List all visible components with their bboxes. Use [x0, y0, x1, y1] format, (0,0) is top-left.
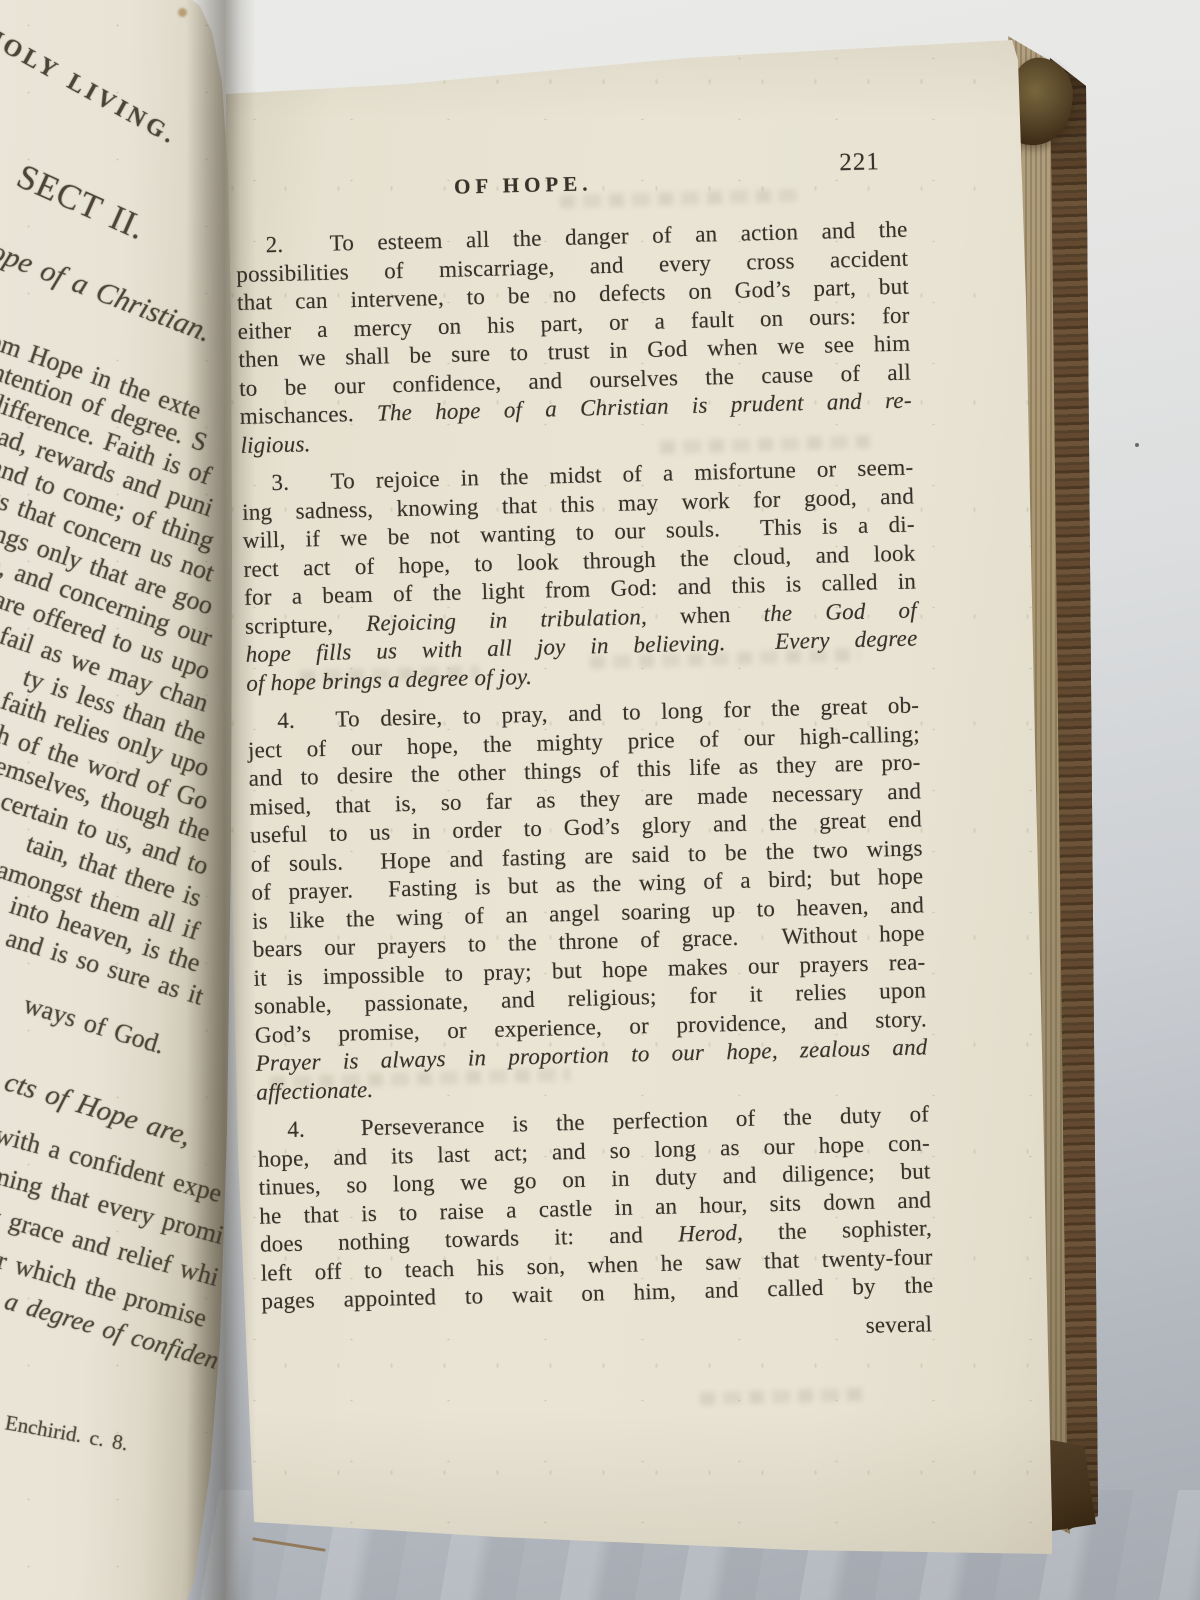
book-photo: { "left_page": { "fragments": [ {"text":…: [0, 0, 1200, 1600]
paper-stain: [178, 8, 187, 17]
page-number: 221: [839, 148, 880, 177]
paragraph: 3. To rejoice in the midst of a misfortu…: [241, 453, 918, 697]
paragraph: 4. To desire, to pray, and to long for t…: [247, 691, 929, 1106]
right-page-paragraphs: 2. To esteem all the danger of an action…: [235, 216, 934, 1355]
dust-speck: [1135, 443, 1139, 447]
right-page-text: OF HOPE. 221 2. To esteem all the danger…: [234, 162, 935, 1355]
paragraph: 4. Perseverance is the perfection of the…: [257, 1100, 934, 1316]
paragraph: 2. To esteem all the danger of an action…: [235, 216, 912, 460]
